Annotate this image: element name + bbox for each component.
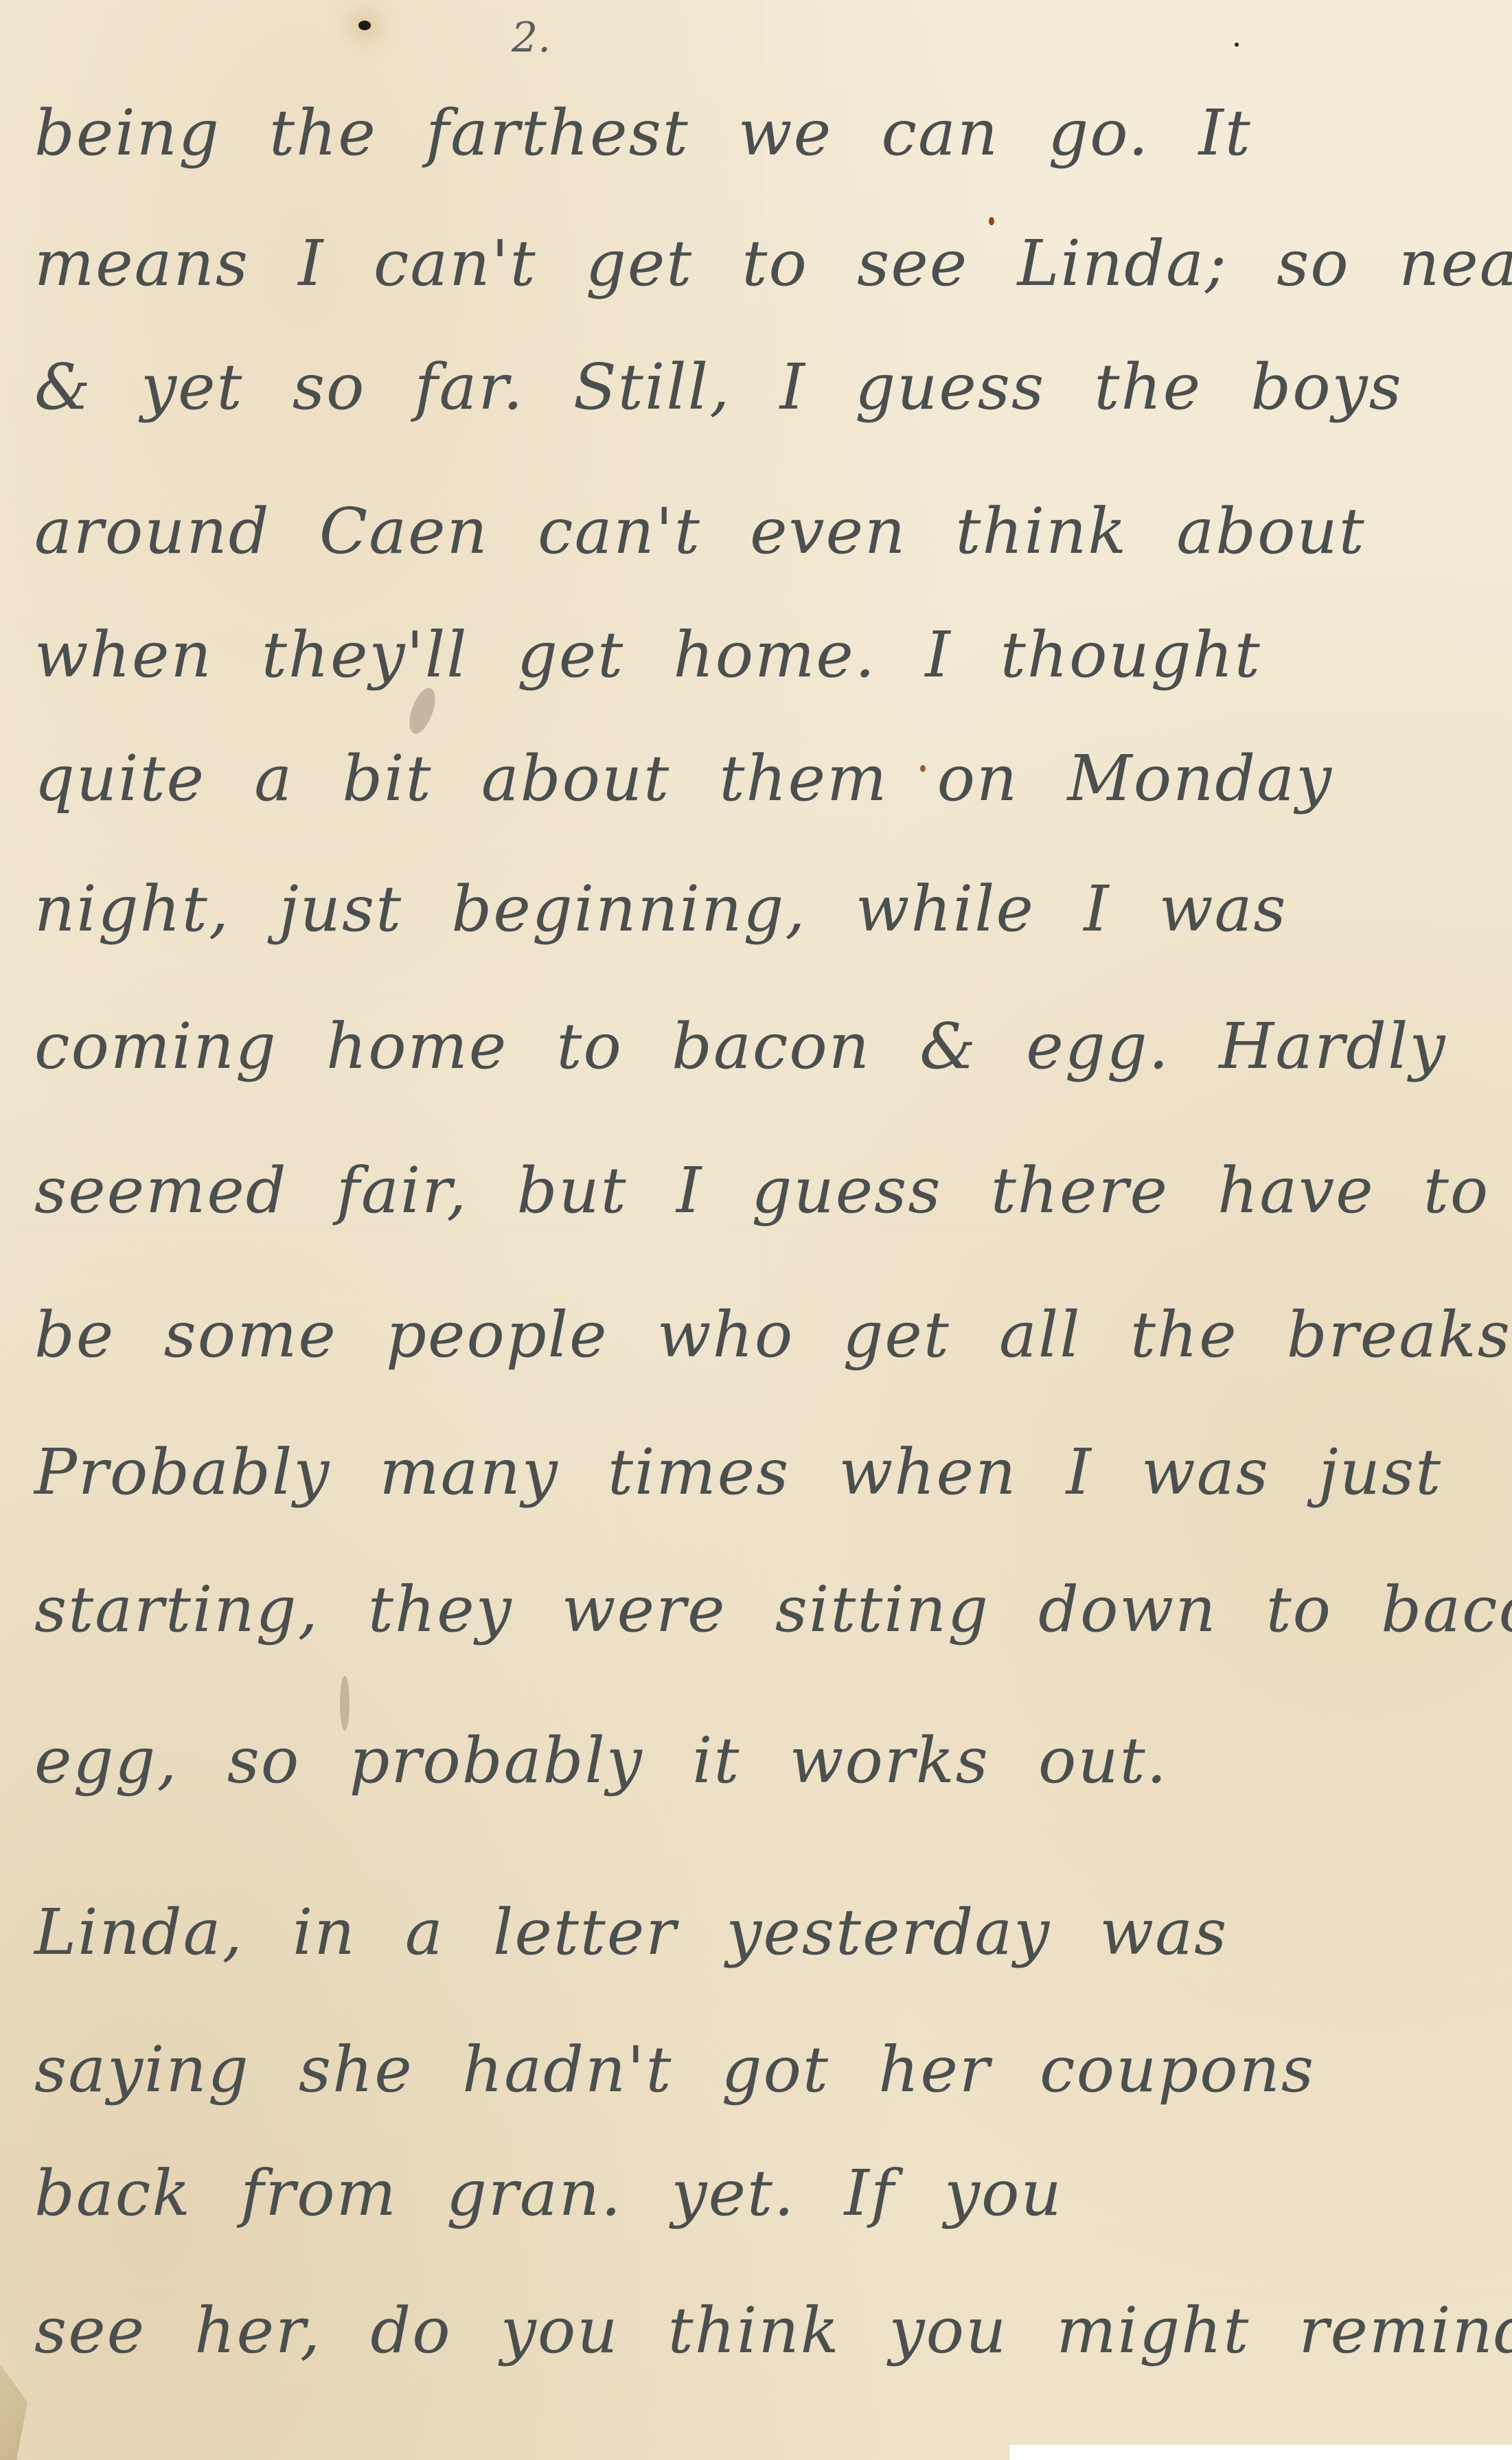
letter-line: quite a bit about them on Monday xyxy=(34,742,1490,815)
letter-line: egg, so probably it works out. xyxy=(34,1724,1490,1797)
letter-line: night, just beginning, while I was xyxy=(34,872,1490,946)
letter-line: & yet so far. Still, I guess the boys xyxy=(34,350,1490,424)
letter-line: Linda, in a letter yesterday was xyxy=(34,1895,1490,1969)
ink-dot xyxy=(1235,43,1239,47)
letter-line: means I can't get to see Linda; so near xyxy=(34,227,1490,300)
smudge xyxy=(340,1676,350,1731)
rust-spot xyxy=(989,217,994,225)
letter-line: be some people who get all the breaks. xyxy=(34,1298,1490,1371)
letter-line: starting, they were sitting down to baco… xyxy=(34,1573,1490,1646)
ink-spot xyxy=(358,21,371,30)
letter-line: when they'll get home. I thought xyxy=(34,618,1490,692)
horizontal-fold-crease xyxy=(0,1228,1512,1230)
letter-line: around Caen can't even think about xyxy=(34,494,1490,568)
letter-line: Probably many times when I was just xyxy=(34,1435,1490,1509)
letter-line: being the farthest we can go. It xyxy=(34,96,1490,170)
letter-line: coming home to bacon & egg. Hardly xyxy=(34,1010,1490,1083)
torn-edge xyxy=(1009,2445,1512,2460)
page-number: 2. xyxy=(512,14,551,62)
letter-line: back from gran. yet. If you xyxy=(34,2156,1490,2230)
letter-line: see her, do you think you might remind xyxy=(34,2294,1490,2367)
letter-line: saying she hadn't got her coupons xyxy=(34,2033,1490,2106)
letter-line: seemed fair, but I guess there have to xyxy=(34,1154,1490,1227)
